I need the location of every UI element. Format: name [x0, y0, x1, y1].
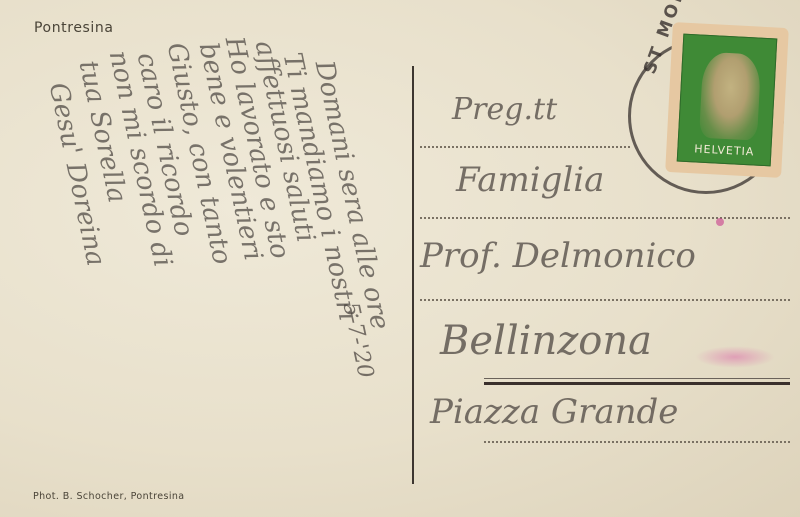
- address-line-4-thin: [484, 378, 790, 379]
- printed-title: Pontresina: [34, 20, 114, 36]
- address-recipient-name: Prof. Delmonico: [420, 236, 696, 276]
- address-city: Bellinzona: [440, 318, 652, 364]
- postcard-back: Pontresina HELVETIA ST MOR Preg.tt Famig…: [0, 0, 800, 517]
- address-line-2: [420, 217, 790, 219]
- postage-stamp: HELVETIA: [668, 25, 785, 175]
- william-tell-portrait-icon: [699, 52, 761, 141]
- stamp-country-label: HELVETIA: [678, 142, 771, 160]
- ink-dot: [716, 218, 724, 226]
- address-line-1: [420, 146, 630, 148]
- address-recipient-family: Famiglia: [456, 160, 604, 200]
- stamp-design: HELVETIA: [677, 34, 778, 167]
- address-line-5: [484, 441, 790, 443]
- ink-smudge: [695, 346, 775, 368]
- address-line-3: [420, 299, 790, 301]
- address-line-4: [484, 382, 790, 385]
- center-divider: [412, 66, 414, 484]
- address-street: Piazza Grande: [430, 392, 678, 432]
- photo-credit: Phot. B. Schocher, Pontresina: [33, 491, 185, 502]
- address-salutation: Preg.tt: [452, 92, 557, 127]
